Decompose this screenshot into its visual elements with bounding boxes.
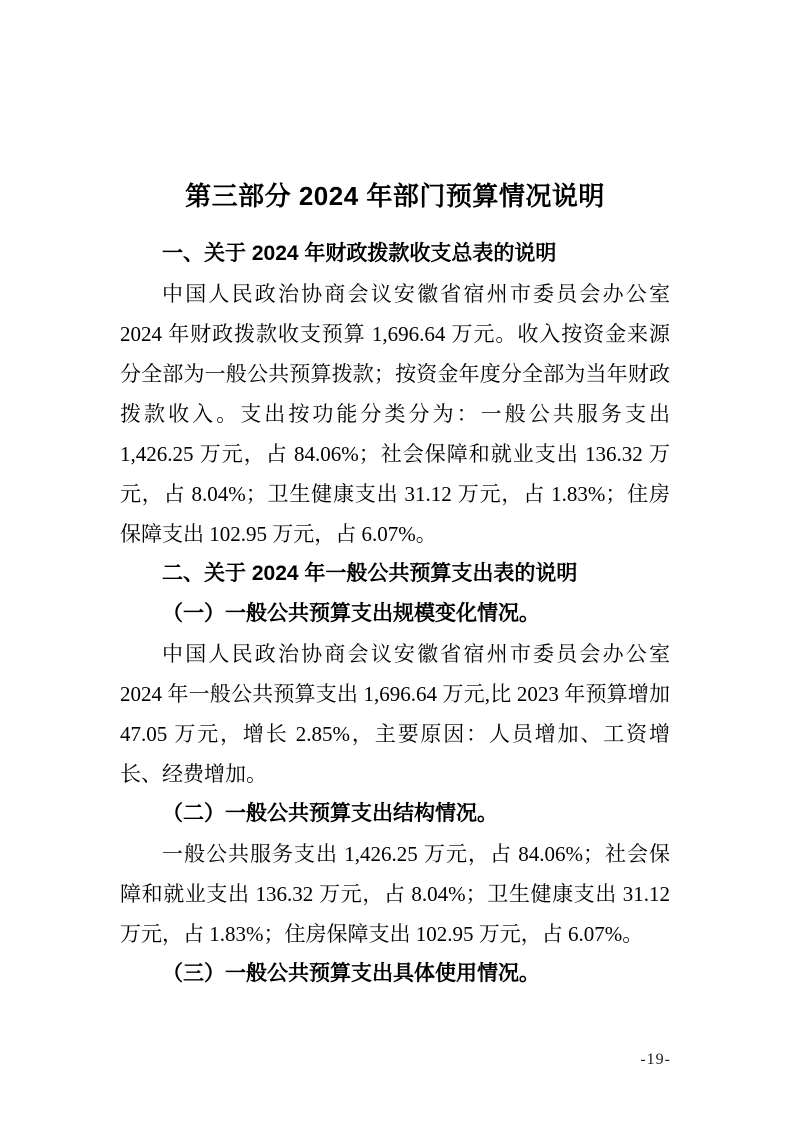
subsection-2-1-paragraph-budget-change: 中国人民政治协商会议安徽省宿州市委员会办公室 2024 年一般公共预算支出 1,…	[120, 634, 670, 794]
page-number: -19-	[640, 1051, 671, 1069]
subsection-2-2-heading: （二）一般公共预算支出结构情况。	[120, 794, 670, 834]
section-1-paragraph-fiscal-allocation: 中国人民政治协商会议安徽省宿州市委员会办公室 2024 年财政拨款收支预算 1,…	[120, 274, 670, 554]
subsection-2-1-heading: （一）一般公共预算支出规模变化情况。	[120, 594, 670, 634]
document-body: 第三部分 2024 年部门预算情况说明 一、关于 2024 年财政拨款收支总表的…	[120, 0, 670, 994]
document-title: 第三部分 2024 年部门预算情况说明	[120, 176, 670, 216]
section-1-heading: 一、关于 2024 年财政拨款收支总表的说明	[120, 234, 670, 274]
document-page: 第三部分 2024 年部门预算情况说明 一、关于 2024 年财政拨款收支总表的…	[0, 0, 793, 1122]
subsection-2-2-paragraph-budget-structure: 一般公共服务支出 1,426.25 万元，占 84.06%；社会保障和就业支出 …	[120, 834, 670, 954]
section-2-heading: 二、关于 2024 年一般公共预算支出表的说明	[120, 554, 670, 594]
subsection-2-3-heading: （三）一般公共预算支出具体使用情况。	[120, 954, 670, 994]
